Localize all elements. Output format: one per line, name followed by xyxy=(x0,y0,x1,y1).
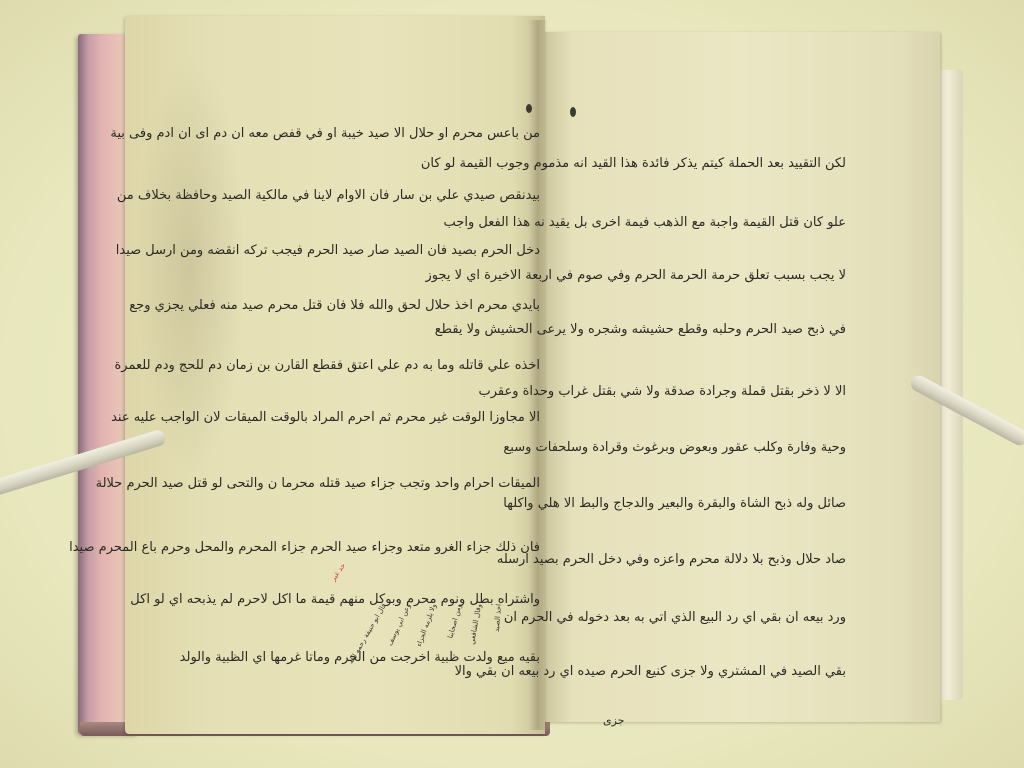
right-line-8: صاد حلال وذبح بلا دلالة محرم واعزه وفي د… xyxy=(497,552,846,567)
ink-blot xyxy=(526,104,532,113)
left-line-3: دخل الحرم بصيد فان الصيد صار صيد الحرم ف… xyxy=(116,243,540,258)
ink-blot xyxy=(570,107,576,117)
right-line-9: ورد بيعه ان بقي اي رد البيع الذي اتي به … xyxy=(504,610,846,625)
left-line-6: الا مجاوزا الوقت غير محرم ثم احرم المراد… xyxy=(111,410,540,425)
right-line-6: وحية وفارة وكلب عقور وبعوض وبرغوث وقرادة… xyxy=(503,440,846,455)
right-line-5: الا لا ذخر بقتل قملة وجرادة صدقة ولا شي … xyxy=(478,384,846,399)
left-line-2: بيدنقص صيدي علي بن سار فان الاوام لاينا … xyxy=(117,188,540,203)
right-line-3: لا يجب بسبب تعلق حرمة الحرمة الحرم وفي ص… xyxy=(426,268,846,283)
left-line-1: من باعس محرم او حلال الا صيد خيبة او في … xyxy=(110,126,540,141)
left-page xyxy=(125,16,545,734)
right-line-2: علو كان قتل القيمة واجبة مع الذهب فيمة ا… xyxy=(444,215,846,230)
left-line-4: بايدي محرم اخذ حلال لحق والله فلا فان قت… xyxy=(129,298,540,313)
left-line-7: الميقات احرام واحد وتجب جزاء صيد قتله مح… xyxy=(96,476,540,491)
left-line-8: فان ذلك جزاء الغرو متعد وجزاء صيد الحرم … xyxy=(69,540,540,555)
catchword: جزى xyxy=(603,714,624,727)
right-line-4: في ذبح صيد الحرم وحلبه وقطع حشيشه وشجره … xyxy=(435,322,846,337)
right-line-1: لكن التقييد بعد الحملة كيتم يذكر فائدة ه… xyxy=(421,156,846,171)
right-line-7: صائل وله ذبح الشاة والبقرة والبعير والدج… xyxy=(503,496,846,511)
right-line-10: بقي الصيد في المشتري ولا جزى كنيع الحرم … xyxy=(455,664,846,679)
left-line-5: اخذه علي قاتله وما به دم علي اعتق فقطع ا… xyxy=(115,358,541,373)
